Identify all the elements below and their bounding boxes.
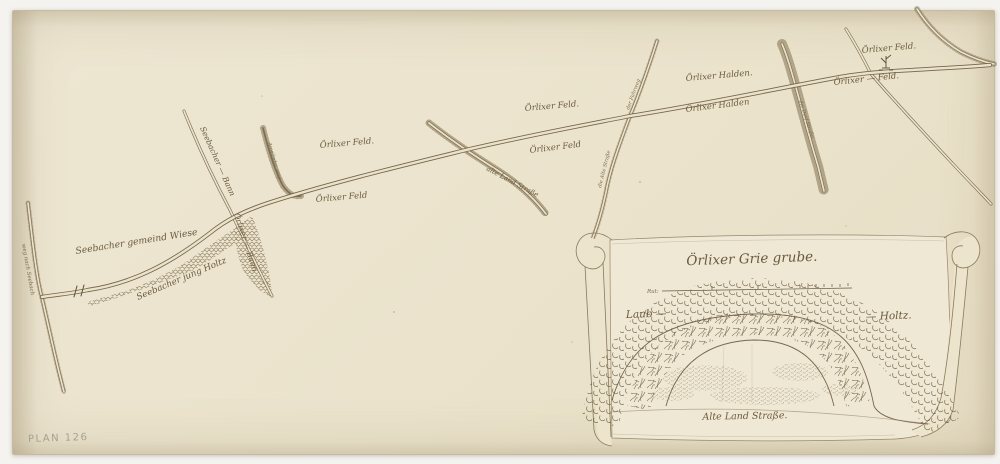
map-sheet	[12, 10, 995, 455]
plan-number-annotation: PLAN 126	[28, 432, 89, 445]
scan-background: Seebacher gemeind Wiese Seebacher jung H…	[0, 0, 1000, 464]
